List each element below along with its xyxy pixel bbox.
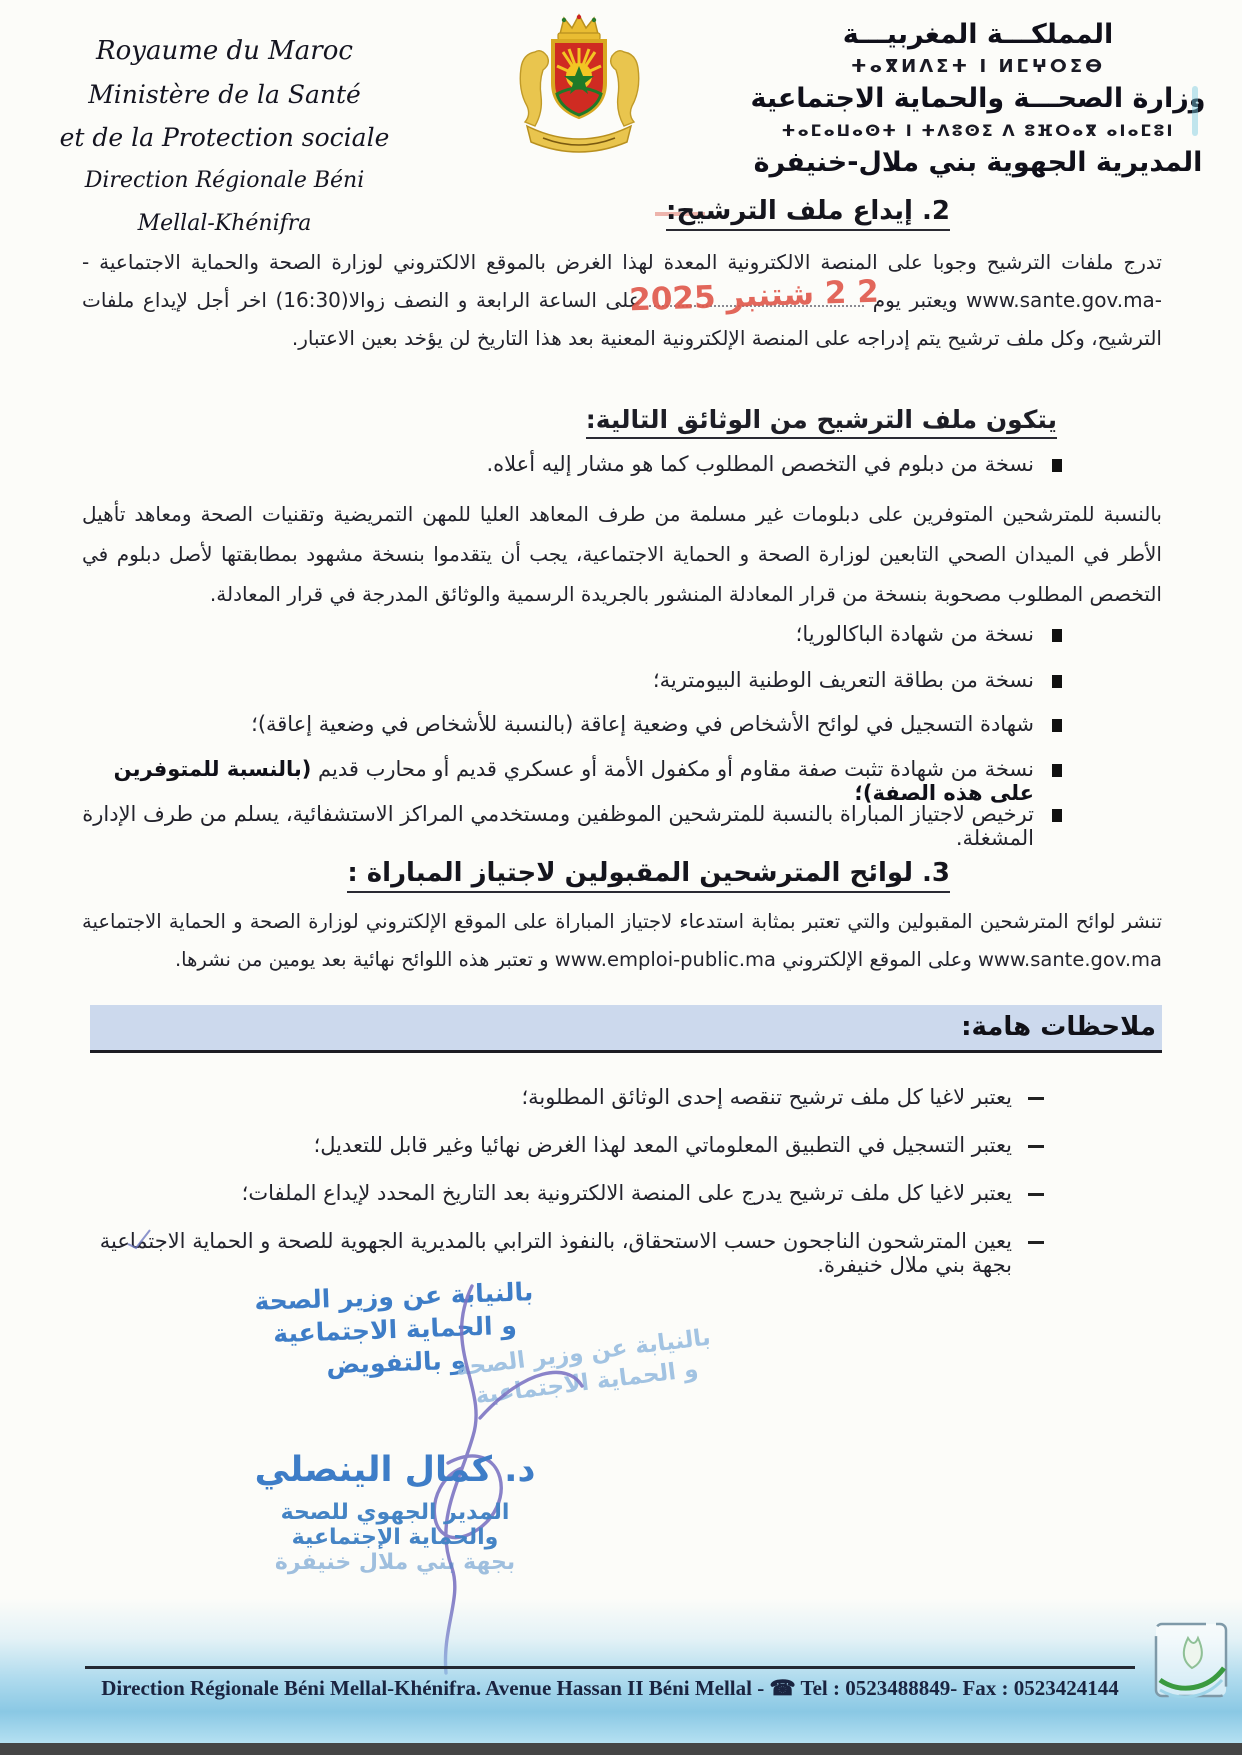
section2-heading: 2. إيداع ملف الترشيح: [82,196,950,226]
scan-artifact-cyan [1192,86,1198,136]
coat-of-arms-icon [497,10,662,166]
document-item-text: نسخة من شهادة تثبت صفة مقاوم أو مكفول ال… [311,757,1034,781]
director-title-line: المدير الجهوي للصحة [240,1500,550,1525]
square-bullet-icon [1052,459,1062,472]
important-notes-bar: ملاحظات هامة: [90,1005,1162,1053]
kingdom-title-fr: Royaume du Maroc [52,30,397,73]
dash-bullet-icon [1028,1193,1044,1196]
document-item: شهادة التسجيل في لوائح الأشخاص في وضعية … [82,712,1162,736]
footer-address: Direction Régionale Béni Mellal-Khénifra… [85,1676,1135,1701]
ministry-subtitle-fr: et de la Protection sociale [52,116,397,159]
note-item-text: يعتبر لاغيا كل ملف ترشيح تنقصه إحدى الوث… [521,1085,1012,1109]
section3-heading-text: 3. لوائح المترشحين المقبولين لاجتياز الم… [347,858,950,893]
important-notes-title: ملاحظات هامة: [961,1012,1156,1042]
square-bullet-icon [1052,764,1062,777]
square-bullet-icon [1052,629,1062,642]
dash-bullet-icon [1028,1097,1044,1100]
documents-heading-text: يتكون ملف الترشيح من الوثائق التالية: [586,405,1057,439]
document-item: نسخة من شهادة تثبت صفة مقاوم أو مكفول ال… [82,757,1162,805]
director-title-line: والحماية الإجتماعية [240,1525,550,1550]
director-title-stamp: المدير الجهوي للصحة والحماية الإجتماعية … [240,1500,550,1575]
note-item: يعتبر لاغيا كل ملف ترشيح يدرج على المنصة… [82,1181,1162,1205]
health-region-logo-icon [1146,1618,1236,1732]
note-item-text: يعتبر لاغيا كل ملف ترشيح يدرج على المنصة… [242,1181,1012,1205]
documents-heading: يتكون ملف الترشيح من الوثائق التالية: [82,405,1057,434]
document-item-text: نسخة من دبلوم في التخصص المطلوب كما هو م… [486,452,1034,476]
note-item-text: يعتبر التسجيل في التطبيق المعلوماتي المع… [314,1133,1012,1157]
ministry-title-ar: وزارة الصحـــة والحماية الاجتماعية [748,82,1208,116]
dash-bullet-icon [1028,1145,1044,1148]
ministry-title-fr: Ministère de la Santé [52,73,397,116]
date-stamp: 2 2 شتنبر 2025 [589,271,920,320]
director-name-stamp: د. كمال الينصلي [225,1450,565,1490]
equivalence-note: بالنسبة للمترشحين المتوفرين على دبلومات … [82,494,1162,614]
footer-divider [85,1666,1135,1669]
director-title-line: بجهة بني ملال خنيفرة [240,1550,550,1575]
scanned-document-page: Royaume du Maroc Ministère de la Santé e… [0,0,1242,1755]
scan-edge-strip [0,1743,1242,1755]
date-blank-line: 2 2 شتنبر 2025 [649,291,864,307]
document-item-text: نسخة من بطاقة التعريف الوطنية البيومترية… [653,668,1034,692]
header-arabic: المملكـــة المغربيـــة ⵜⴰⴳⵍⴷⵉⵜ ⵏ ⵍⵎⵖⵔⵉⴱ … [748,18,1208,180]
document-item: نسخة من بطاقة التعريف الوطنية البيومترية… [82,668,1162,692]
lists-publication-paragraph: تنشر لوائح المترشحين المقبولين والتي تعت… [82,903,1162,979]
pen-checkmark-icon [126,1228,152,1254]
regional-direction-ar: المديرية الجهوية بني ملال-خنيفرة [748,146,1208,180]
kingdom-title-ar: المملكـــة المغربيـــة [748,18,1208,52]
footer-blue-band [0,1598,1242,1744]
dash-bullet-icon [1028,1241,1044,1244]
square-bullet-icon [1052,719,1062,732]
note-item: يعتبر لاغيا كل ملف ترشيح تنقصه إحدى الوث… [82,1085,1162,1109]
section3-heading: 3. لوائح المترشحين المقبولين لاجتياز الم… [82,858,950,888]
square-bullet-icon [1052,675,1062,688]
document-item: ترخيص لاجتياز المباراة بالنسبة للمترشحين… [82,802,1162,850]
document-item-text: شهادة التسجيل في لوائح الأشخاص في وضعية … [251,712,1034,736]
deposit-text-c: على الساعة الرابعة و النصف زوالا(16:30) … [143,288,641,312]
square-bullet-icon [1052,809,1062,822]
document-item-text: نسخة من شهادة الباكالوريا؛ [796,622,1034,646]
section2-heading-text: 2. إيداع ملف الترشيح: [666,196,950,231]
deposit-text-a: تدرج ملفات الترشيح وجوبا على المنصة الال… [99,250,1162,274]
note-item: يعتبر التسجيل في التطبيق المعلوماتي المع… [82,1133,1162,1157]
deposit-paragraph: تدرج ملفات الترشيح وجوبا على المنصة الال… [82,243,1162,357]
document-item: نسخة من شهادة الباكالوريا؛ [82,622,1162,646]
kingdom-title-tifinagh: ⵜⴰⴳⵍⴷⵉⵜ ⵏ ⵍⵎⵖⵔⵉⴱ [748,52,1208,82]
ministry-title-tifinagh: ⵜⴰⵎⴰⵡⴰⵙⵜ ⵏ ⵜⴷⵓⵙⵉ ⴷ ⵓⴼⵔⴰⴳ ⴰⵏⴰⵎⵓⵏ [748,116,1208,146]
document-item: نسخة من دبلوم في التخصص المطلوب كما هو م… [82,452,1162,476]
document-item-text: ترخيص لاجتياز المباراة بالنسبة للمترشحين… [82,802,1034,850]
